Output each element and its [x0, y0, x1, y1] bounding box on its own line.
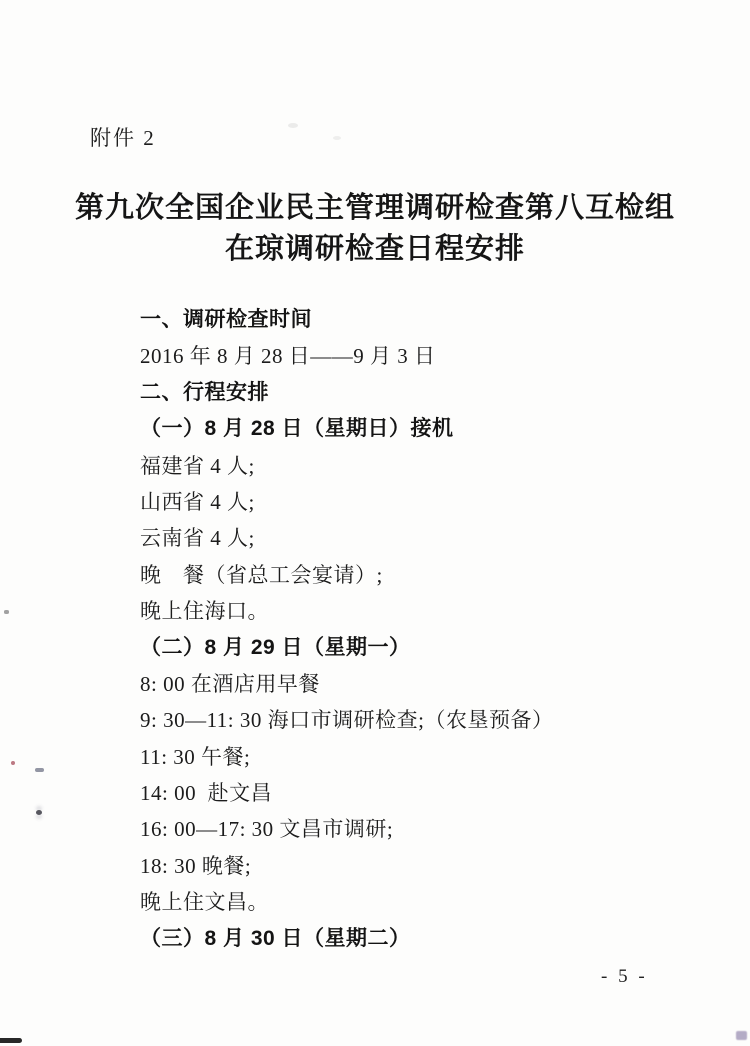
scan-artifact-smudge — [333, 136, 341, 140]
scan-artifact-speck — [35, 768, 44, 772]
page-number: - 5 - — [601, 966, 648, 988]
schedule-line: 二、行程安排 — [140, 375, 680, 411]
title-line-2: 在琼调研检查日程安排 — [225, 233, 525, 265]
schedule-line: 8: 00 在酒店用早餐 — [140, 666, 680, 702]
schedule-line: 11: 30 午餐; — [140, 739, 680, 775]
scan-artifact-smudge — [288, 123, 298, 128]
schedule-line: 晚 餐（省总工会宴请）; — [140, 557, 680, 593]
scan-artifact-speck — [36, 810, 42, 815]
schedule-line: 14: 00 赴文昌 — [140, 775, 680, 811]
schedule-line: 9: 30—11: 30 海口市调研检查;（农垦预备） — [140, 702, 680, 738]
scan-artifact-corner-mark — [736, 1031, 747, 1040]
schedule-line: 一、调研检查时间 — [140, 302, 680, 338]
schedule-line: 山西省 4 人; — [140, 484, 680, 520]
title-line-1: 第九次全国企业民主管理调研检查第八互检组 — [75, 192, 675, 224]
schedule-line: 16: 00—17: 30 文昌市调研; — [140, 811, 680, 847]
document-page: 附件 2 第九次全国企业民主管理调研检查第八互检组 在琼调研检查日程安排 一、调… — [0, 0, 750, 1046]
scan-artifact-corner-mark — [0, 1038, 22, 1043]
schedule-line: 云南省 4 人; — [140, 520, 680, 556]
schedule-line: （一）8 月 28 日（星期日）接机 — [140, 411, 680, 447]
document-title: 第九次全国企业民主管理调研检查第八互检组 在琼调研检查日程安排 — [0, 188, 750, 270]
attachment-label: 附件 2 — [90, 122, 156, 152]
schedule-line: （三）8 月 30 日（星期二） — [140, 921, 680, 957]
schedule-line: 晚上住海口。 — [140, 593, 680, 629]
schedule-line: 晚上住文昌。 — [140, 884, 680, 920]
scan-artifact-speck — [4, 610, 9, 614]
schedule-line: （二）8 月 29 日（星期一） — [140, 630, 680, 666]
schedule-line: 福建省 4 人; — [140, 448, 680, 484]
schedule-body: 一、调研检查时间2016 年 8 月 28 日——9 月 3 日二、行程安排（一… — [140, 302, 680, 957]
schedule-line: 2016 年 8 月 28 日——9 月 3 日 — [140, 338, 680, 374]
schedule-line: 18: 30 晚餐; — [140, 848, 680, 884]
scan-artifact-speck — [11, 761, 15, 765]
